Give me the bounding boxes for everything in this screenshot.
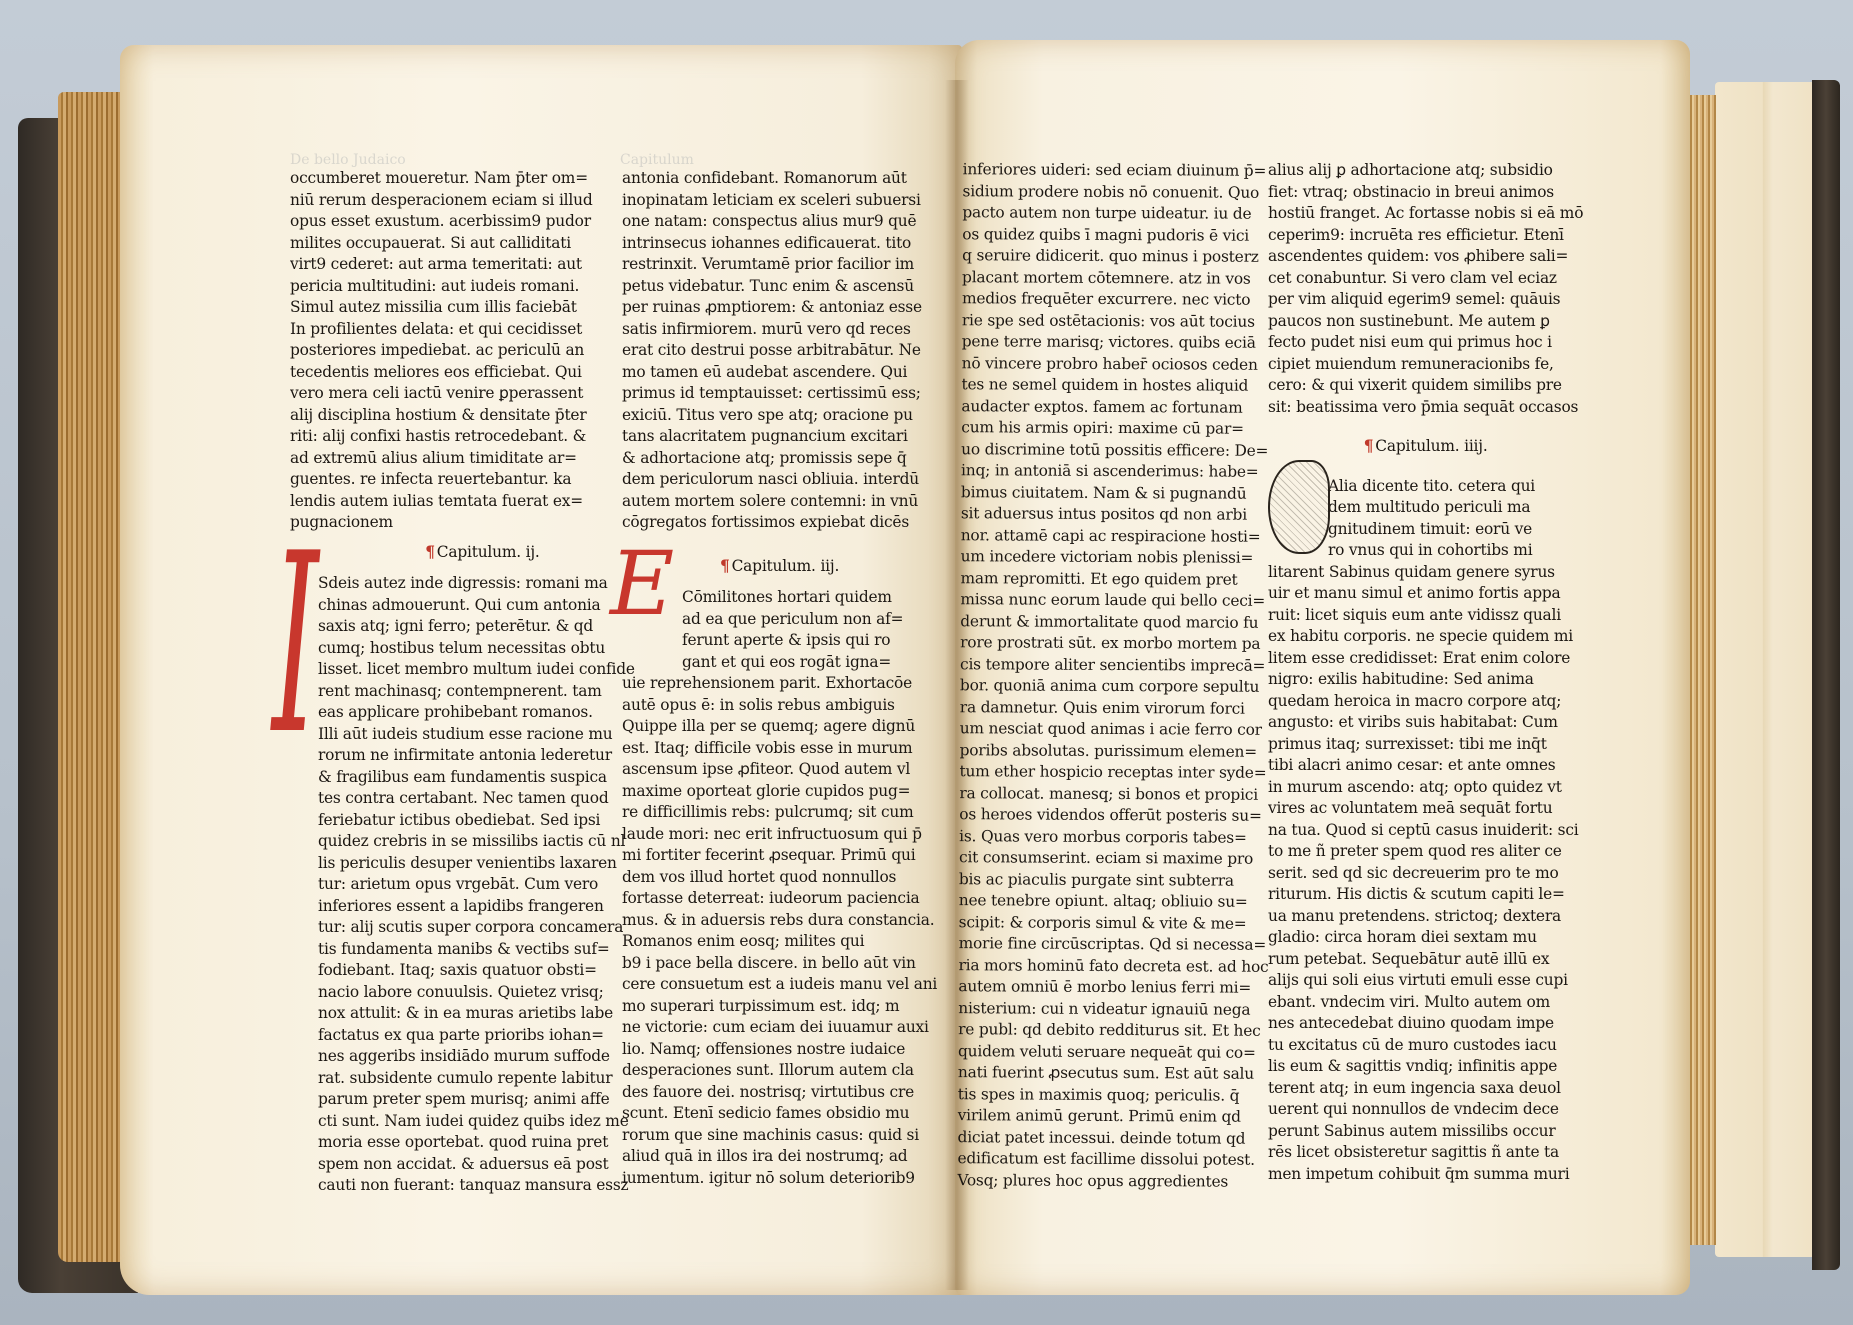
- text-line: one natam: conspectus alius mur9 quē: [622, 211, 937, 233]
- text-line: in murum ascendo: atq; opto quidez vt: [1268, 777, 1583, 799]
- text-line: q seruire didicerit. quo minus i posterz: [962, 245, 1272, 268]
- text-line: sit aduersus intus positos qd non arbi: [961, 503, 1271, 526]
- text-line: exiciū. Titus vero spe atq; oracione pu: [622, 405, 937, 427]
- text-line: tur: arietum opus vrgebāt. Cum vero: [318, 874, 635, 896]
- text-line: riti: alij confixi hastis retrocedebant.…: [290, 426, 635, 448]
- text-line: ebant. vndecim viri. Multo autem om: [1268, 992, 1583, 1014]
- text-line: cauti non fuerant: tanquaz mansura essz: [318, 1175, 635, 1197]
- text-line: nacio labore conuulsis. Quietez vrisq;: [318, 982, 635, 1004]
- text-line: vires ac voluntatem meā sequāt fortu: [1268, 798, 1583, 820]
- show-through-header-left: De bello Judaico: [290, 152, 406, 168]
- text-line: terent atq; in eum ingencia saxa deuol: [1268, 1078, 1583, 1100]
- right-endleaves: [1715, 82, 1820, 1257]
- left-page-column-1: occumberet moueretur. Nam p̄ter om=niū r…: [290, 168, 635, 1197]
- text-line: audacter exptos. famem ac fortunam: [961, 396, 1271, 419]
- text-line: rore prostrati sūt. ex morbo mortem pa: [960, 632, 1270, 655]
- text-line: os quidez quibs ī magni pudoris ē vici: [962, 224, 1272, 247]
- text-line: sidium prodere nobis nō conuenit. Quo: [962, 181, 1272, 204]
- text-line: mo tamen eū audebat ascendere. Qui: [622, 362, 937, 384]
- text-line: tu excitatus cū de muro custodes iacu: [1268, 1035, 1583, 1057]
- text-line: diciat patet incessui. deinde totum qd: [958, 1127, 1268, 1150]
- text-line: factatus ex qua parte prioribs iohan=: [318, 1025, 635, 1047]
- column-1-text-bottom: Sdeis autez inde digressis: romani machi…: [290, 573, 635, 1197]
- text-line: nes aggeribs insidiādo murum suffode: [318, 1046, 635, 1068]
- text-line: inferiores essent a lapidibs frangeren: [318, 896, 635, 918]
- text-line: nati fuerint ꝓsecutus sum. Est aūt salu: [958, 1062, 1268, 1085]
- text-line: tibi alacri animo cesar: et ante omnes: [1268, 755, 1583, 777]
- text-line: litarent Sabinus quidam genere syrus: [1268, 562, 1583, 584]
- text-line: niū rerum desperacionem eciam si illud: [290, 190, 635, 212]
- text-line: inq; in antoniā si ascenderimus: habe=: [961, 460, 1271, 483]
- text-line: missa nunc eorum laude qui bello ceci=: [960, 589, 1270, 612]
- text-line: quedam heroica in macro corpore atq;: [1268, 691, 1583, 713]
- text-line: ad extremū alius alium timiditate ar=: [290, 448, 635, 470]
- text-line: virt9 cederet: aut arma temeritati: aut: [290, 254, 635, 276]
- text-line: serit. sed qd sic decreuerim pro te mo: [1268, 863, 1583, 885]
- text-line: bis ac piaculis purgate sint subterra: [959, 869, 1269, 892]
- text-line: autem mortem solere contemni: in vnū: [622, 491, 937, 513]
- text-line: tis fundamenta manibs & vectibs suf=: [318, 939, 635, 961]
- column-2-text-bottom: Cōmilitones hortari quidemad ea que peri…: [622, 587, 937, 1189]
- text-line: ua manu pretendens. strictoq; dextera: [1268, 906, 1583, 928]
- text-line: per vim aliquid egerim9 semel: quāuis: [1268, 289, 1583, 311]
- text-line: angusto: et viribs suis habitabat: Cum: [1268, 712, 1583, 734]
- text-line: b9 i pace bella discere. in bello aūt vi…: [622, 953, 937, 975]
- right-page-column-3: inferiores uideri: sed eciam diuinum p̄=…: [957, 159, 1272, 1193]
- text-line: pericia multitudini: aut iudeis romani.: [290, 276, 635, 298]
- text-line: dem periculorum nasci obliuia. interdū: [622, 469, 937, 491]
- text-line: petus videbatur. Tunc enim & ascensū: [622, 276, 937, 298]
- text-line: cet conabuntur. Si vero clam vel eciaz: [1268, 268, 1583, 290]
- text-line: nee tenebre opiunt. altaq; obliuio su=: [959, 890, 1269, 913]
- text-line: na tua. Quod si ceptū casus inuiderit: s…: [1268, 820, 1583, 842]
- text-line: um nesciat quod animas i acie ferro cor: [960, 718, 1270, 741]
- text-line: fecto pudet nisi eum qui primus hoc i: [1268, 332, 1583, 354]
- left-page-column-2: antonia confidebant. Romanorum aūtinopin…: [622, 168, 937, 1189]
- column-3-text: inferiores uideri: sed eciam diuinum p̄=…: [957, 159, 1272, 1193]
- text-line: eas applicare prohibebant romanos.: [318, 702, 635, 724]
- text-line: antonia confidebant. Romanorum aūt: [622, 168, 937, 190]
- text-line: nox attulit: & in ea muras arietibs labe: [318, 1003, 635, 1025]
- text-line: intrinsecus iohannes edificauerat. tito: [622, 233, 937, 255]
- text-line: Sdeis autez inde digressis: romani ma: [318, 573, 635, 595]
- woodcut-initial-I: [1268, 460, 1330, 554]
- text-line: lio. Namq; offensiones nostre iudaice: [622, 1039, 937, 1061]
- text-line: Quippe illa per se quemq; agere dignū: [622, 716, 937, 738]
- text-line: iumentum. igitur nō solum deteriorib9: [622, 1168, 937, 1190]
- text-line: ascensum ipse ꝓfiteor. Quod autem vl: [622, 759, 937, 781]
- text-line: alijs qui soli eius virtuti emuli esse c…: [1268, 970, 1583, 992]
- text-line: edificatum est facillime dissolui potest…: [957, 1148, 1267, 1171]
- text-line: mam repromitti. Et ego quidem pret: [960, 568, 1270, 591]
- text-line: moria esse oportebat. quod ruina pret: [318, 1132, 635, 1154]
- text-line: re publ: qd debito redditurus sit. Et he…: [958, 1019, 1268, 1042]
- text-line: mo superari turpissimum est. idq; m: [622, 996, 937, 1018]
- text-line: bimus ciuitatem. Nam & si pugnandū: [961, 482, 1271, 505]
- text-line: mus. & in aduersis rebs dura constancia.: [622, 910, 937, 932]
- text-line: nes antecedebat diuino quodam impe: [1268, 1013, 1583, 1035]
- text-line: dem vos illud hortet quod nonnullos: [622, 867, 937, 889]
- text-line: virilem animū gerunt. Primū enim qd: [958, 1105, 1268, 1128]
- text-line: rorum ne infirmitate antonia lederetur: [318, 745, 635, 767]
- chapter-heading-iiij: ¶Capitulum. iiij.: [1268, 436, 1583, 458]
- text-line: erat cito destrui posse arbitrabātur. Ne: [622, 340, 937, 362]
- text-line: primus id temptauisset: certissimū ess;: [622, 383, 937, 405]
- text-line: bor. quoniā anima cum corpore sepultu: [960, 675, 1270, 698]
- text-line: tur: alij scutis super corpora concamera: [318, 917, 635, 939]
- column-2-text-top: antonia confidebant. Romanorum aūtinopin…: [622, 168, 937, 534]
- text-line: satis infirmiorem. murū vero qd reces: [622, 319, 937, 341]
- text-line: saxis atq; igni ferro; peterētur. & qd: [318, 616, 635, 638]
- text-line: primus itaq; surrexisset: tibi me inq̄t: [1268, 734, 1583, 756]
- right-page-column-4: alius alij ꝑ adhortacione atq; subsidiof…: [1268, 160, 1583, 1185]
- text-line: uir et manu simul et animo fortis appa: [1268, 583, 1583, 605]
- text-line: restrinxit. Verumtamē prior facilior im: [622, 254, 937, 276]
- text-line: is. Quas vero morbus corporis tabes=: [959, 826, 1269, 849]
- text-line: lis periculis desuper venientibs laxaren: [318, 853, 635, 875]
- text-line: per ruinas ꝓmptiorem: & antoniaz esse: [622, 297, 937, 319]
- text-line: In profilientes delata: et qui cecidisse…: [290, 319, 635, 341]
- text-line: tes ne semel quidem in hostes aliquid: [961, 374, 1271, 397]
- column-1-text-top: occumberet moueretur. Nam p̄ter om=niū r…: [290, 168, 635, 534]
- text-line: riturum. His dictis & scutum capiti le=: [1268, 884, 1583, 906]
- text-line: vero mera celi iactū venire ꝑperassent: [290, 383, 635, 405]
- text-line: litem esse credidisset: Erat enim colore: [1268, 648, 1583, 670]
- text-line: men impetum cohibuit q̄m summa muri: [1268, 1164, 1583, 1186]
- text-line: os heroes videndos offerūt posteris su=: [959, 804, 1269, 827]
- text-line: est. Itaq; difficile vobis esse in murum: [622, 738, 937, 760]
- text-line: scipit: & corporis simul & vite & me=: [959, 912, 1269, 935]
- text-line: ne victorie: cum eciam dei iuuamur auxi: [622, 1017, 937, 1039]
- text-line: mi fortiter fecerint ꝓsequar. Primū qui: [622, 845, 937, 867]
- right-cover-binding: [1812, 80, 1840, 1270]
- text-line: derunt & immortalitate quod marcio fu: [960, 611, 1270, 634]
- text-line: & fragilibus eam fundamentis suspica: [318, 767, 635, 789]
- red-initial-I: I: [272, 520, 319, 768]
- text-line: & adhortacione atq; promissis sepe q̄: [622, 448, 937, 470]
- text-line: sit: beatissima vero p̄mia sequāt occaso…: [1268, 397, 1583, 419]
- text-line: morie fine circūscriptas. Qd si necessa=: [959, 933, 1269, 956]
- text-line: ceperim9: incruēta res efficietur. Etenī: [1268, 225, 1583, 247]
- text-line: Illi aūt iudeis studium esse racione mu: [318, 724, 635, 746]
- text-line: Simul autez missilia cum illis faciebāt: [290, 297, 635, 319]
- text-line: alij disciplina hostium & densitate p̄te…: [290, 405, 635, 427]
- text-line: nisterium: cui n videatur ignauiū nega: [958, 998, 1268, 1021]
- text-line: autē opus ē: in solis rebus ambiguis: [622, 695, 937, 717]
- text-line: inferiores uideri: sed eciam diuinum p̄=: [963, 159, 1273, 182]
- text-line: cum his armis opiri: maxime cū par=: [961, 417, 1271, 440]
- text-line: rum petebat. Sequebātur autē illū ex: [1268, 949, 1583, 971]
- text-line: tis spes in maximis quoq; periculis. q̄: [958, 1084, 1268, 1107]
- text-line: ra collocat. manesq; si bonos et propici: [959, 783, 1269, 806]
- text-line: quidem veluti seruare nequeāt qui co=: [958, 1041, 1268, 1064]
- text-line: cere consuetum est a iudeis manu vel ani: [622, 974, 937, 996]
- chapter-heading-ij: ¶Capitulum. ij.: [330, 542, 635, 564]
- red-initial-E: E: [610, 540, 674, 628]
- text-line: aliud quā in illos ira dei nostrumq; ad: [622, 1146, 937, 1168]
- text-line: lendis autem iulias temtata fuerat ex=: [290, 491, 635, 513]
- text-line: parum preter spem murisq; animi affe: [318, 1089, 635, 1111]
- text-line: rorum que sine machinis casus: quid si: [622, 1125, 937, 1147]
- text-line: cōgregatos fortissimos expiebat dicēs: [622, 512, 937, 534]
- text-line: milites occupauerat. Si aut calliditati: [290, 233, 635, 255]
- text-line: um incedere victoriam nobis plenissi=: [961, 546, 1271, 569]
- text-line: uerent qui nonnullos de vndecim dece: [1268, 1099, 1583, 1121]
- text-line: fiet: vtraq; obstinacio in breui animos: [1268, 182, 1583, 204]
- text-line: pene terre marisq; victores. quibs eciā: [962, 331, 1272, 354]
- text-line: pugnacionem: [290, 512, 635, 534]
- paragraph-mark-icon: ¶: [1364, 437, 1374, 455]
- right-page-block-edge: [1688, 95, 1716, 1245]
- text-line: tans alacritatem pugnancium excitari: [622, 426, 937, 448]
- text-line: uie reprehensionem parit. Exhortacōe: [622, 673, 937, 695]
- text-line: Vosq; plures hoc opus aggredientes: [957, 1170, 1267, 1193]
- text-line: cero: & qui vixerit quidem similibs pre: [1268, 375, 1583, 397]
- text-line: feriebatur ictibus obediebat. Sed ipsi: [318, 810, 635, 832]
- text-line: cipiet muiendum remuneracionibs fe,: [1268, 354, 1583, 376]
- left-page-block-edge: [58, 92, 128, 1262]
- text-line: autem omniū ē morbo lenius ferri mi=: [958, 976, 1268, 999]
- text-line: tum ether hospicio receptas inter syde=: [959, 761, 1269, 784]
- text-line: spem non accidat. & aduersus eā post: [318, 1154, 635, 1176]
- text-line: occumberet moueretur. Nam p̄ter om=: [290, 168, 635, 190]
- text-line: tecedentis meliores eos efficiebat. Qui: [290, 362, 635, 384]
- text-line: cit consumserint. eciam si maxime pro: [959, 847, 1269, 870]
- text-line: cis tempore aliter sencientibs imprecā=: [960, 654, 1270, 677]
- text-line: rie spe sed ostētacionis: vos aūt tocius: [962, 310, 1272, 333]
- text-line: rat. subsidente cumulo repente labitur: [318, 1068, 635, 1090]
- text-line: to me ñ preter spem quod res aliter ce: [1268, 841, 1583, 863]
- text-line: lis eum & sagittis vndiq; infinitis appe: [1268, 1056, 1583, 1078]
- text-line: des fauore dei. nostrisq; virtutibus cre: [622, 1082, 937, 1104]
- text-line: rent machinasq; contempnerent. tam: [318, 681, 635, 703]
- text-line: fodiebant. Itaq; saxis quatuor obsti=: [318, 960, 635, 982]
- text-line: nō vincere probro haber̄ ociosos ceden: [962, 353, 1272, 376]
- text-line: ria mors hominū fato decreta est. ad hoc: [958, 955, 1268, 978]
- text-line: placant mortem cōtemnere. atz in vos: [962, 267, 1272, 290]
- text-line: nor. attamē capi ac respiracione hosti=: [961, 525, 1271, 548]
- text-line: posteriores impediebat. ac periculū an: [290, 340, 635, 362]
- paragraph-mark-icon: ¶: [720, 557, 730, 575]
- text-line: rēs licet obsisteretur sagittis ñ ante t…: [1268, 1142, 1583, 1164]
- text-line: gladio: circa horam diei sextam mu: [1268, 927, 1583, 949]
- text-line: gant et qui eos rogāt igna=: [622, 652, 937, 674]
- text-line: quidez crebris in se missilibs iactis cū…: [318, 831, 635, 853]
- text-line: nigro: exilis habitudine: Sed anima: [1268, 669, 1583, 691]
- text-line: Romanos enim eosq; milites qui: [622, 931, 937, 953]
- column-4-text-top: alius alij ꝑ adhortacione atq; subsidiof…: [1268, 160, 1583, 418]
- text-line: alius alij ꝑ adhortacione atq; subsidio: [1268, 160, 1583, 182]
- show-through-header-right: Capitulum: [620, 152, 694, 168]
- paragraph-mark-icon: ¶: [425, 543, 435, 561]
- text-line: opus esset exustum. acerbissim9 pudor: [290, 211, 635, 233]
- text-line: cti sunt. Nam iudei quidez quibs idez me: [318, 1111, 635, 1133]
- text-line: pacto autem non turpe uideatur. iu de: [962, 202, 1272, 225]
- text-line: lisset. licet membro multum iudei confid…: [318, 659, 635, 681]
- column-4-text-bottom: Alia dicente tito. cetera quidem multitu…: [1268, 476, 1583, 1186]
- text-line: chinas admouerunt. Qui cum antonia: [318, 595, 635, 617]
- text-line: cumq; hostibus telum necessitas obtu: [318, 638, 635, 660]
- text-line: perunt Sabinus autem missilibs occur: [1268, 1121, 1583, 1143]
- text-line: ra damnetur. Quis enim virorum forci: [960, 697, 1270, 720]
- text-line: guentes. re infecta reuertebantur. ka: [290, 469, 635, 491]
- text-line: re difficillimis rebs: pulcrumq; sit cum: [622, 802, 937, 824]
- text-line: ex habitu corporis. ne specie quidem mi: [1268, 626, 1583, 648]
- text-line: inopinatam leticiam ex sceleri subuersi: [622, 190, 937, 212]
- text-line: ruit: licet siquis eum ante vidissz qual…: [1268, 605, 1583, 627]
- text-line: medios frequēter excurrere. nec victo: [962, 288, 1272, 311]
- text-line: scunt. Etenī sedicio fames obsidio mu: [622, 1103, 937, 1125]
- text-line: paucos non sustinebunt. Me autem ꝑ: [1268, 311, 1583, 333]
- text-line: poribs absolutas. purissimum elemen=: [960, 740, 1270, 763]
- text-line: laude mori: nec erit infructuosum qui p̄: [622, 824, 937, 846]
- text-line: uo discrimine totū possitis efficere: De…: [961, 439, 1271, 462]
- text-line: hostiū franget. Ac fortasse nobis si eā …: [1268, 203, 1583, 225]
- text-line: fortasse deterreat: iudeorum paciencia: [622, 888, 937, 910]
- text-line: desperaciones sunt. Illorum autem cla: [622, 1060, 937, 1082]
- text-line: ascendentes quidem: vos ꝓhibere sali=: [1268, 246, 1583, 268]
- text-line: tes contra certabant. Nec tamen quod: [318, 788, 635, 810]
- text-line: maxime oporteat glorie cupidos pug=: [622, 781, 937, 803]
